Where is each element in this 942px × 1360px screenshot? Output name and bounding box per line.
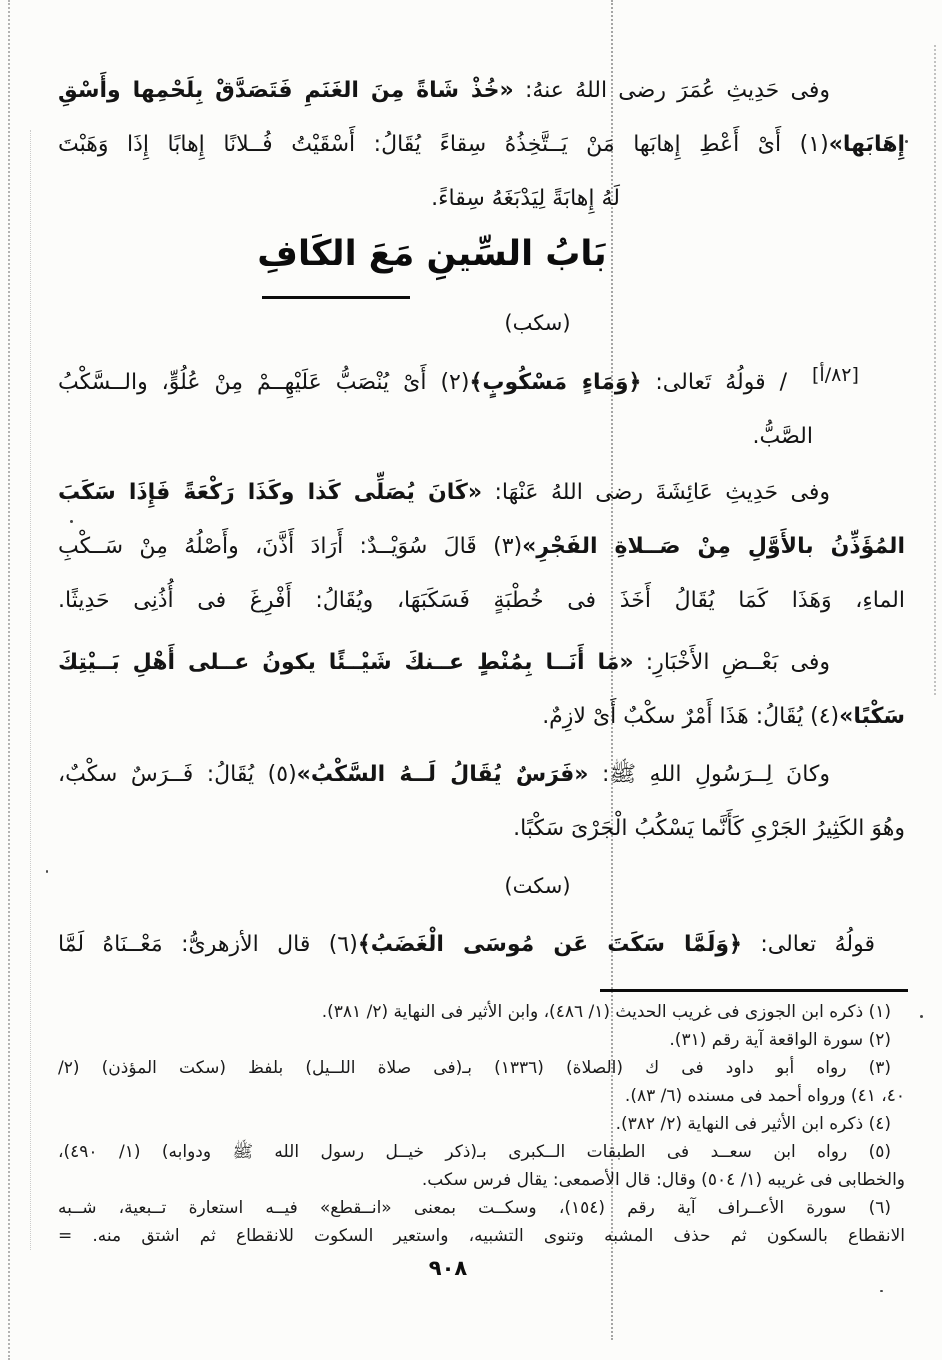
text-line: لَهُ إِهابَةً لِيَدْبَغَهُ سِقاءً. bbox=[58, 172, 620, 226]
gloss-text: (٥) يُقَالُ: فَــرَسٌ سكْبٌ، bbox=[58, 762, 297, 787]
scan-artifact-line bbox=[30, 130, 31, 1250]
narration-intro: وفى حَدِيثِ عَائِشَةَ رضى اللهُ عَنْهَا: bbox=[482, 480, 830, 505]
text-line: المُؤَذِّنُ بالأَوَّلِ مِنْ صَــلاةِ الف… bbox=[58, 520, 905, 574]
narration-intro: وكانَ لِــرَسُولِ اللهِ ﷺ: bbox=[589, 762, 831, 787]
gloss-text: (٢) أَىْ يُنْصَبُّ عَلَيْهِــمْ مِنْ عُل… bbox=[58, 370, 469, 395]
chapter-heading: بَابُ السِّينِ مَعَ الكَافِ bbox=[252, 234, 612, 274]
footnote-3-line-2: ٤٠، ٤١) ورواه أحمد فى مسنده (٦/ ٨٣). bbox=[58, 1082, 905, 1110]
gloss-text: (٤) يُقَالُ: هَذَا أَمْرٌ سكْبٌ أَىْ لاز… bbox=[542, 704, 839, 729]
quran-quote: ﴿وَمَاءٍ مَسْكُوبٍ﴾ bbox=[469, 370, 641, 395]
scan-speck bbox=[46, 870, 48, 873]
narration-intro: وفى بَعْــضِ الأَخْبَارِ: bbox=[634, 650, 830, 675]
footnote-5-line-1: (٥) رواه ابن سعــد فى الطبقات الــكبرى ب… bbox=[58, 1138, 905, 1166]
text-line: الماءِ، وَهَذَا كَمَا يُقَالُ أَخَذَ فى … bbox=[58, 574, 905, 628]
gloss-text: الصَّبُّ. bbox=[753, 424, 814, 449]
hadith-quote-end: المُؤَذِّنُ بالأَوَّلِ مِنْ صَــلاةِ الف… bbox=[522, 534, 905, 559]
text-line: وفى حَدِيثِ عُمَرَ رضى اللهُ عنهُ: «خُذْ… bbox=[58, 64, 905, 118]
gloss-text: (١) أَىْ أَعْطِ إِهابَها مَنْ يَــتَّخِذ… bbox=[58, 132, 829, 157]
paragraph-quran-maskub: / قولُهُ تَعالى: ﴿وَمَاءٍ مَسْكُوبٍ﴾(٢) … bbox=[58, 356, 905, 464]
text-line: وفى بَعْــضِ الأَخْبَارِ: «مَا أَنَــا ب… bbox=[58, 636, 905, 690]
paragraph-faras-sakb: وكانَ لِــرَسُولِ اللهِ ﷺ: «فَرَسٌ يُقَا… bbox=[58, 748, 905, 856]
paragraph-akhbar: وفى بَعْــضِ الأَخْبَارِ: «مَا أَنَــا ب… bbox=[58, 636, 905, 744]
text-line: الصَّبُّ. bbox=[58, 410, 813, 464]
quran-quote: ﴿وَلَمَّا سَكَتَ عَن مُوسَى الْغَضَبُ﴾ bbox=[358, 932, 742, 957]
gloss-text: لَهُ إِهابَةً لِيَدْبَغَهُ سِقاءً. bbox=[431, 186, 620, 211]
report-quote-end: سَكْبًا» bbox=[839, 704, 905, 729]
footnotes-block: (١) ذكره ابن الجوزى فى غريب الحديث (١/ ٤… bbox=[58, 998, 905, 1250]
verse-intro: قولُهُ تعالى: bbox=[742, 932, 875, 957]
gloss-text: (٣) قَالَ سُوَيْــدٌ: أَرَادَ أَذَّنَ، و… bbox=[58, 534, 522, 559]
hadith-quote: «خُذْ شَاةً مِنَ الغَنَمِ فَتَصَدَّقْ بِ… bbox=[58, 78, 514, 103]
footnote-1: (١) ذكره ابن الجوزى فى غريب الحديث (١/ ٤… bbox=[58, 998, 905, 1026]
gloss-text: وهُوَ الكَثِيرُ الجَرْىِ كَأَنَّما يَسْك… bbox=[513, 816, 905, 841]
verse-intro: / قولُهُ تَعالى: bbox=[641, 370, 787, 395]
entry-label-sakt: (سكت) bbox=[114, 874, 942, 898]
text-line: وهُوَ الكَثِيرُ الجَرْىِ كَأَنَّما يَسْك… bbox=[58, 802, 905, 856]
scan-speck bbox=[905, 140, 908, 143]
footnote-3-line-1: (٣) رواه أبو داود فى ك (الصلاة) (١٣٣٦) ب… bbox=[58, 1054, 905, 1082]
footnote-5-line-2: والخطابى فى غريبه (١/ ٥٠٤) وقال: قال الأ… bbox=[58, 1166, 905, 1194]
hadith-quote: «فَرَسٌ يُقَالُ لَــهُ السَّكْبُ» bbox=[297, 762, 589, 787]
paragraph-hadith-umar: وفى حَدِيثِ عُمَرَ رضى اللهُ عنهُ: «خُذْ… bbox=[58, 64, 905, 226]
footnote-6-line-1: (٦) سورة الأعــراف آية رقم (١٥٤)، وسكــت… bbox=[58, 1194, 905, 1222]
footnote-4: (٤) ذكره ابن الأثير فى النهاية (٢/ ٣٨٢). bbox=[58, 1110, 905, 1138]
hadith-quote-end: إِهَابَها» bbox=[829, 132, 905, 157]
text-line: وكانَ لِــرَسُولِ اللهِ ﷺ: «فَرَسٌ يُقَا… bbox=[58, 748, 905, 802]
footnote-6-line-2: الانقطاع بالسكون ثم حذف المشبه وتنوى الت… bbox=[58, 1222, 905, 1250]
narration-intro: وفى حَدِيثِ عُمَرَ رضى اللهُ عنهُ: bbox=[514, 78, 830, 103]
heading-underline bbox=[262, 296, 410, 299]
scan-speck bbox=[880, 1290, 883, 1292]
scan-speck bbox=[920, 1015, 923, 1018]
scan-artifact-line bbox=[934, 45, 936, 695]
text-line: وفى حَدِيثِ عَائِشَةَ رضى اللهُ عَنْهَا:… bbox=[58, 466, 905, 520]
text-line: إِهَابَها»(١) أَىْ أَعْطِ إِهابَها مَنْ … bbox=[58, 118, 905, 172]
hadith-quote: «كَانَ يُصَلِّى كَذا وكَذَا رَكْعَةً فَإ… bbox=[58, 480, 482, 505]
page-number: ٩٠٨ bbox=[408, 1256, 488, 1280]
footnote-2: (٢) سورة الواقعة آية رقم (٣١). bbox=[58, 1026, 905, 1054]
text-line: سَكْبًا»(٤) يُقَالُ: هَذَا أَمْرٌ سكْبٌ … bbox=[58, 690, 905, 744]
scan-artifact-line bbox=[8, 0, 10, 1360]
entry-label-sakb: (سكب) bbox=[114, 311, 942, 335]
gloss-text: الماءِ، وَهَذَا كَمَا يُقَالُ أَخَذَ فى … bbox=[58, 588, 905, 613]
footnote-separator bbox=[600, 989, 908, 992]
gloss-text: (٦) قال الأزهرىُّ: مَعْــنَاهُ لَمَّا bbox=[58, 932, 358, 957]
paragraph-hadith-aisha: وفى حَدِيثِ عَائِشَةَ رضى اللهُ عَنْهَا:… bbox=[58, 466, 905, 628]
text-line: قولُهُ تعالى: ﴿وَلَمَّا سَكَتَ عَن مُوسَ… bbox=[58, 918, 905, 972]
text-line: / قولُهُ تَعالى: ﴿وَمَاءٍ مَسْكُوبٍ﴾(٢) … bbox=[58, 356, 905, 410]
paragraph-quran-sakata: قولُهُ تعالى: ﴿وَلَمَّا سَكَتَ عَن مُوسَ… bbox=[58, 918, 905, 972]
book-page-scan: وفى حَدِيثِ عُمَرَ رضى اللهُ عنهُ: «خُذْ… bbox=[0, 0, 942, 1360]
